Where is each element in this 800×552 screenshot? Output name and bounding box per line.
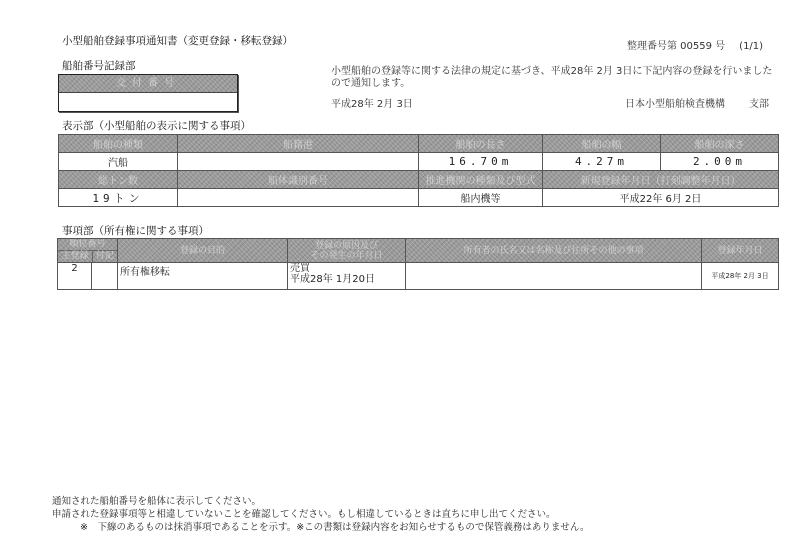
footer-note-3: ※ 下線のあるものは抹消事項であることを示す。※この書類は登録内容をお知らせする… [80,519,589,533]
header-new-registration-date: 新規登録年月日（打刻調整年月日） [543,171,779,189]
issue-number-header: 交付番号 [59,75,237,93]
registration-header-row: 順位番号 主登録 付記 登録の目的 登録の原因及び その発生の年月日 所有者の氏… [58,239,779,263]
header-rank-subcols: 主登録 付記 [58,251,117,262]
footer-note-1: 通知された船舶番号を船体に表示してください。 [52,493,261,507]
row-cause-date: 平成28年 1月20日 [290,274,403,285]
value-port-of-registry [178,153,419,171]
value-hull-id [178,189,419,207]
display-value-row-1: 汽船 16.70m 4.27m 2.00m [59,153,779,171]
header-ship-width: 船舶の幅 [543,135,661,153]
notice-date: 平成28年 2月 3日 [331,95,413,110]
value-ship-length: 16.70m [419,153,543,171]
table-row: 2 所有権移転 売買 平成28年 1月20日 平成28年 2月 3日 [58,263,779,290]
footer-note-2: 申請された登録事項等と相違していないことを確認してください。もし相違しているとき… [52,506,556,520]
row-purpose: 所有権移転 [118,263,288,290]
reference-number: 整理番号第 00559 号(1/1) [627,37,763,52]
display-section-label: 表示部（小型船舶の表示に関する事項） [62,118,251,133]
row-cause-text: 売買 [290,263,403,274]
value-ship-type: 汽船 [59,153,178,171]
value-ship-depth: 2.00m [661,153,779,171]
display-value-row-2: 19トン 船内機等 平成22年 6月 2日 [59,189,779,207]
header-owner: 所有者の氏名又は名称及び住所その他の事項 [406,239,702,263]
header-purpose: 登録の目的 [118,239,288,263]
display-header-row-2: 総トン数 船体識別番号 推進機関の種類及び型式 新規登録年月日（打刻調整年月日） [59,171,779,189]
header-ship-type: 船舶の種類 [59,135,178,153]
value-gross-tonnage: 19トン [59,189,178,207]
value-engine-type: 船内機等 [419,189,543,207]
registration-section-label: 事項部（所有権に関する事項） [62,223,209,238]
issue-number-value [59,93,237,111]
row-cause: 売買 平成28年 1月20日 [288,263,406,290]
display-header-row-1: 船舶の種類 船籍港 船舶の長さ 船舶の幅 船舶の深さ [59,135,779,153]
organization-branch: 支部 [749,99,769,110]
header-ship-length: 船舶の長さ [419,135,543,153]
value-ship-width: 4.27m [543,153,661,171]
header-rank-number-label: 順位番号 [58,239,117,251]
header-cause-line2: その発生の年月日 [290,251,403,261]
registration-table: 順位番号 主登録 付記 登録の目的 登録の原因及び その発生の年月日 所有者の氏… [57,238,779,290]
row-registration-date: 平成28年 2月 3日 [702,263,779,290]
header-registration-date: 登録年月日 [702,239,779,263]
header-cause-line1: 登録の原因及び [290,241,403,251]
reference-number-text: 整理番号第 00559 号 [627,41,725,52]
header-port-of-registry: 船籍港 [178,135,419,153]
row-supplementary [92,263,118,290]
notice-text: 小型船舶の登録等に関する法律の規定に基づき、平成28年 2月 3日に下記内容の登… [331,66,781,90]
page-indicator: (1/1) [739,41,763,52]
issue-number-box: 交付番号 [58,74,238,112]
header-cause: 登録の原因及び その発生の年月日 [288,239,406,263]
header-supplementary: 付記 [93,251,117,262]
header-rank-number: 順位番号 主登録 付記 [58,239,118,263]
display-table: 船舶の種類 船籍港 船舶の長さ 船舶の幅 船舶の深さ 汽船 16.70m 4.2… [58,134,779,207]
organization-name: 日本小型船舶検査機構 [625,99,725,110]
value-new-registration-date: 平成22年 6月 2日 [543,189,779,207]
row-main-registration: 2 [58,263,92,290]
header-main-registration: 主登録 [58,251,93,262]
issuing-organization: 日本小型船舶検査機構支部 [625,95,769,110]
header-ship-depth: 船舶の深さ [661,135,779,153]
document-title: 小型船舶登録事項通知書（変更登録・移転登録） [62,33,293,48]
header-gross-tonnage: 総トン数 [59,171,178,189]
header-engine-type: 推進機関の種類及び型式 [419,171,543,189]
header-hull-id: 船体識別番号 [178,171,419,189]
ship-number-section-label: 船舶番号記録部 [62,58,136,73]
row-owner [406,263,702,290]
